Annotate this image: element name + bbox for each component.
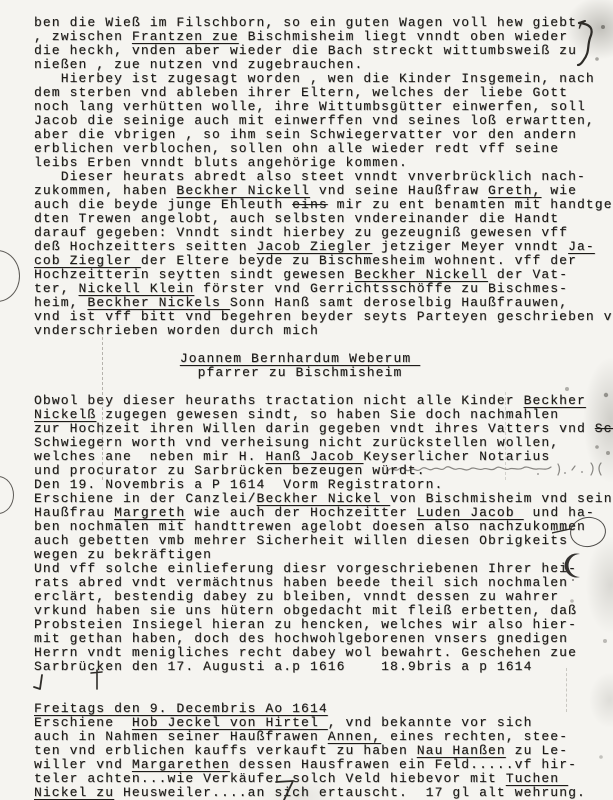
underlined-text: Beckher [524, 393, 586, 408]
text-segment: auch in Nahmen seiner Haußfrawen [34, 729, 328, 744]
text-segment: darauf gegeben: Vnndt sindt hierbey zu g… [34, 225, 568, 240]
underlined-text: Beckher Nickels [87, 295, 229, 310]
scanned-document-page: ben die Wieß im Filschborn, so ein guten… [0, 0, 613, 800]
text-segment: nießen , zue nutzen vnd zugebrauchen. [34, 57, 363, 72]
text-line: und procurator zu Sarbrücken bezeugen wü… [34, 464, 613, 478]
text-segment: mir zu ent benamten mit handtgeb [328, 197, 613, 212]
text-segment: Herrn vndt menigliches recht dabey wol b… [34, 645, 577, 660]
text-line: die heckh, vnden aber wieder die Bach st… [34, 44, 613, 58]
underlined-text: Nickel zu [34, 785, 114, 800]
text-line [34, 380, 613, 394]
text-line: Herrn vndt menigliches recht dabey wol b… [34, 646, 613, 660]
text-segment: vnd ist vff bitt vnd begehren beyder sey… [34, 309, 613, 324]
text-segment: vnderschrieben worden durch mich [34, 323, 319, 338]
underlined-text: Luden Jacob [417, 505, 524, 520]
text-line: vrkund haben sie uns hütern obgedacht mi… [34, 604, 613, 618]
text-line: Dieser heurats abredt also steet vnndt v… [34, 170, 613, 184]
text-segment: Erschiene [34, 715, 132, 730]
text-line: Obwol bey dieser heuraths tractation nic… [34, 394, 613, 408]
underlined-text: cob Ziegler [34, 253, 141, 268]
text-segment: Hochzeitterin seytten sindt gewesen [34, 267, 354, 282]
underlined-text: Beckher Nickell [176, 183, 310, 198]
text-segment: erclärt, bestendig dabey zu bleiben, vnn… [34, 589, 559, 604]
text-line: aber die vbrigen , so ihm sein Schwieger… [34, 128, 613, 142]
text-segment: pfarrer zu Bischmisheim [198, 365, 403, 380]
text-segment: aber die vbrigen , so ihm sein Schwieger… [34, 127, 577, 142]
text-segment: Probsteien Insiegel hieran zu hencken, w… [34, 617, 577, 632]
text-line: teler achten...wie Verkäufer solch Veld … [34, 772, 613, 786]
text-segment: teler achten...wie Verkäufer solch Veld … [34, 771, 506, 786]
underlined-text: Hanß Jacob [265, 449, 363, 464]
text-line: Joannem Bernhardum Weberum [0, 352, 600, 366]
text-line: auch in Nahmen seiner Haußfrawen Annen, … [34, 730, 613, 744]
text-line: noch lang verhütten wolle, ihre Wittumbs… [34, 100, 613, 114]
underlined-text: Ja- [568, 239, 595, 254]
underlined-text: Greth, [488, 183, 541, 198]
text-line [34, 338, 613, 352]
text-segment: wie [541, 183, 577, 198]
text-line: Und vff solche einlieferung diesr vorges… [34, 562, 613, 576]
text-line: Erschiene Hob Jeckel von Hirtel , vnd be… [34, 716, 613, 730]
text-line: zur Hochzeit ihren Willen darin gegeben … [34, 422, 613, 436]
text-segment: vnd seine Haußfraw [310, 183, 488, 198]
underlined-text: Hob Jeckel von Hirtel [132, 715, 328, 730]
text-segment: Hierbey ist zugesagt worden , wen die Ki… [34, 71, 595, 86]
text-line: deß Hochzeitters seitten Jacob Ziegler j… [34, 240, 613, 254]
text-segment: Obwol bey dieser heuraths tractation nic… [34, 393, 524, 408]
text-segment: rats abred vndt vermächtnus haben beede … [34, 575, 568, 590]
underlined-text: Margreth [114, 505, 185, 520]
text-segment: Sonn Hanß samt deroselbig Haußfrauwen, [230, 295, 568, 310]
fold-crease-line [102, 332, 103, 480]
text-line: Hierbey ist zugesagt worden , wen die Ki… [34, 72, 613, 86]
text-segment: , vnd bekannte vor sich [328, 715, 533, 730]
text-line: Erschiene in der Canzlei/Beckher Nickel … [34, 492, 613, 506]
text-line: ten vnd erblichen kauffs verkauft zu hab… [34, 744, 613, 758]
text-segment: zugegen gewesen sindt, so haben Sie doch… [96, 407, 559, 422]
text-line: ben nochmalen mit handttrewen agelobt do… [34, 520, 613, 534]
text-line: erclärt, bestendig dabey zu bleiben, vnn… [34, 590, 613, 604]
text-segment: , zwischen [34, 29, 132, 44]
text-segment: dessen Hausfrawen ein Feld.....vf hir- [230, 757, 577, 772]
text-segment: eines rechten, stee- [381, 729, 568, 744]
text-segment: Jacob die seinige auch mit einwerffen vn… [34, 113, 595, 128]
text-line: vnderschrieben worden durch mich [34, 324, 613, 338]
text-segment: ben die Wieß im Filschborn, so ein guten… [34, 15, 586, 30]
text-segment: wegen zu bekräftigen [34, 547, 212, 562]
text-line: Jacob die seinige auch mit einwerffen vn… [34, 114, 613, 128]
underlined-text: Nau Hanßen [417, 743, 506, 758]
text-segment: welches ane neben mir H. [34, 449, 265, 464]
text-line: nießen , zue nutzen vnd zugebrauchen. [34, 58, 613, 72]
underlined-text: Freitags den 9. Decembris Ao 1614 [34, 701, 328, 716]
text-line: ter, Nickell Klein förster vnd Gerrichts… [34, 282, 613, 296]
text-line: Nickel zu Heusweiler....an sich ertausch… [34, 786, 613, 800]
struck-text: eins [292, 197, 328, 212]
text-segment: und procurator zu Sarbrücken bezeugen wü… [34, 463, 426, 478]
text-segment: Keyserlicher Notarius [363, 449, 550, 464]
text-segment: willer vnd [34, 757, 132, 772]
text-segment: dten Trewen angelobt, auch selbsten vnde… [34, 211, 559, 226]
text-segment: vrkund haben sie uns hütern obgedacht mi… [34, 603, 577, 618]
text-line: Sarbrücken den 17. Augusti a.p 1616 18.9… [34, 660, 613, 674]
text-line: zukommen, haben Beckher Nickell vnd sein… [34, 184, 613, 198]
text-segment: Haußfrau [34, 505, 114, 520]
text-line: Haußfrau Margreth wie auch der Hochzeitt… [34, 506, 613, 520]
text-line: Hochzeitterin seytten sindt gewesen Beck… [34, 268, 613, 282]
text-line: cob Ziegler der Eltere beyde zu Bischmes… [34, 254, 613, 268]
text-line: Freitags den 9. Decembris Ao 1614 [34, 702, 613, 716]
text-line: welches ane neben mir H. Hanß Jacob Keys… [34, 450, 613, 464]
text-line [34, 674, 613, 688]
text-segment: Bischmisheim liegt vnndt oben wieder [239, 29, 568, 44]
text-segment: heim, [34, 295, 87, 310]
text-segment: dem sterben vnd ableben ihrer Eltern, we… [34, 85, 568, 100]
text-line: , zwischen Frantzen zue Bischmisheim lie… [34, 30, 613, 44]
text-segment: der Eltere beyde zu Bischmesheim wohnent… [141, 253, 577, 268]
text-line: mit gethan haben, doch des hochwohlgebor… [34, 632, 613, 646]
text-line: Schwiegern worth vnd verheisung nicht zu… [34, 436, 613, 450]
text-line: Nickelß zugegen gewesen sindt, so haben … [34, 408, 613, 422]
underlined-text: Margarethen [132, 757, 230, 772]
text-segment: zur Hochzeit ihren Willen darin gegeben … [34, 421, 595, 436]
fold-crease-line [505, 392, 506, 480]
underlined-text: Beckher Nickel [257, 491, 391, 506]
text-segment: jetziger Meyer vnndt [372, 239, 568, 254]
text-line: Probsteien Insiegel hieran zu hencken, w… [34, 618, 613, 632]
text-segment: von Bischmisheim vnd seine [390, 491, 613, 506]
text-segment: Und vff solche einlieferung diesr vorges… [34, 561, 577, 576]
text-segment: auch gebetten vmb mehrer Sicherheit will… [34, 533, 568, 548]
text-segment: Heusweiler....an sich ertauscht. 17 gl a… [114, 785, 586, 800]
underlined-text: Frantzen zue [132, 29, 239, 44]
text-segment: der Vat- [488, 267, 568, 282]
text-segment: noch lang verhütten wolle, ihre Wittumbs… [34, 99, 586, 114]
text-line: darauf gegeben: Vnndt sindt hierbey zu g… [34, 226, 613, 240]
underlined-text: Nickell Klein [79, 281, 195, 296]
text-segment: Dieser heurats abredt also steet vnndt v… [34, 169, 586, 184]
underlined-text: Tuchen [506, 771, 568, 786]
text-segment: erblichen verblochen, sollen ohn alle wi… [34, 141, 559, 156]
underlined-text: Beckher Nickell [354, 267, 488, 282]
text-line: ben die Wieß im Filschborn, so ein guten… [34, 16, 613, 30]
text-segment: förster vnd Gerrichtsschöffe zu Bischmes… [194, 281, 568, 296]
text-segment: Schwiegern worth vnd verheisung nicht zu… [34, 435, 559, 450]
text-line: auch gebetten vmb mehrer Sicherheit will… [34, 534, 613, 548]
struck-text: Sch [595, 421, 613, 436]
underlined-text: Joannem Bernhardum Weberum [180, 351, 420, 366]
text-line: rats abred vndt vermächtnus haben beede … [34, 576, 613, 590]
scanner-noise-speckles [0, 0, 2, 2]
underlined-text: Jacob Ziegler [257, 239, 373, 254]
text-line: pfarrer zu Bischmisheim [0, 366, 600, 380]
text-line: wegen zu bekräftigen [34, 548, 613, 562]
fold-crease-line [566, 668, 567, 712]
text-line: willer vnd Margarethen dessen Hausfrawen… [34, 758, 613, 772]
text-segment: Sarbrücken den 17. Augusti a.p 1616 18.9… [34, 659, 532, 674]
text-line [34, 688, 613, 702]
text-line: heim, Beckher Nickels Sonn Hanß samt der… [34, 296, 613, 310]
text-segment: zu Le- [506, 743, 568, 758]
text-line: Den 19. Novembris a P 1614 Vorm Registra… [34, 478, 613, 492]
text-line: dem sterben vnd ableben ihrer Eltern, we… [34, 86, 613, 100]
text-segment: ten vnd erblichen kauffs verkauft zu hab… [34, 743, 417, 758]
text-segment: ben nochmalen mit handttrewen agelobt do… [34, 519, 586, 534]
text-line: erblichen verblochen, sollen ohn alle wi… [34, 142, 613, 156]
text-segment: und ha- [524, 505, 595, 520]
text-line: dten Trewen angelobt, auch selbsten vnde… [34, 212, 613, 226]
text-line: auch die beyde junge Ehleuth eins mir zu… [34, 198, 613, 212]
text-segment: zukommen, haben [34, 183, 176, 198]
text-segment: Erschiene in der Canzlei/ [34, 491, 257, 506]
text-segment: leibs Erben vnndt bluts angehörige komme… [34, 155, 408, 170]
text-segment: ter, [34, 281, 79, 296]
underlined-text: Annen, [328, 729, 381, 744]
text-segment: deß Hochzeitters seitten [34, 239, 257, 254]
text-line: vnd ist vff bitt vnd begehren beyder sey… [34, 310, 613, 324]
text-segment: Den 19. Novembris a P 1614 Vorm Registra… [34, 477, 443, 492]
text-segment: mit gethan haben, doch des hochwohlgebor… [34, 631, 568, 646]
text-segment: die heckh, vnden aber wieder die Bach st… [34, 43, 577, 58]
text-segment: wie auch der Hochzeitter [185, 505, 416, 520]
document-text: ben die Wieß im Filschborn, so ein guten… [0, 0, 613, 800]
underlined-text: Nickelß [34, 407, 96, 422]
text-segment: auch die beyde junge Ehleuth [34, 197, 292, 212]
text-line: leibs Erben vnndt bluts angehörige komme… [34, 156, 613, 170]
